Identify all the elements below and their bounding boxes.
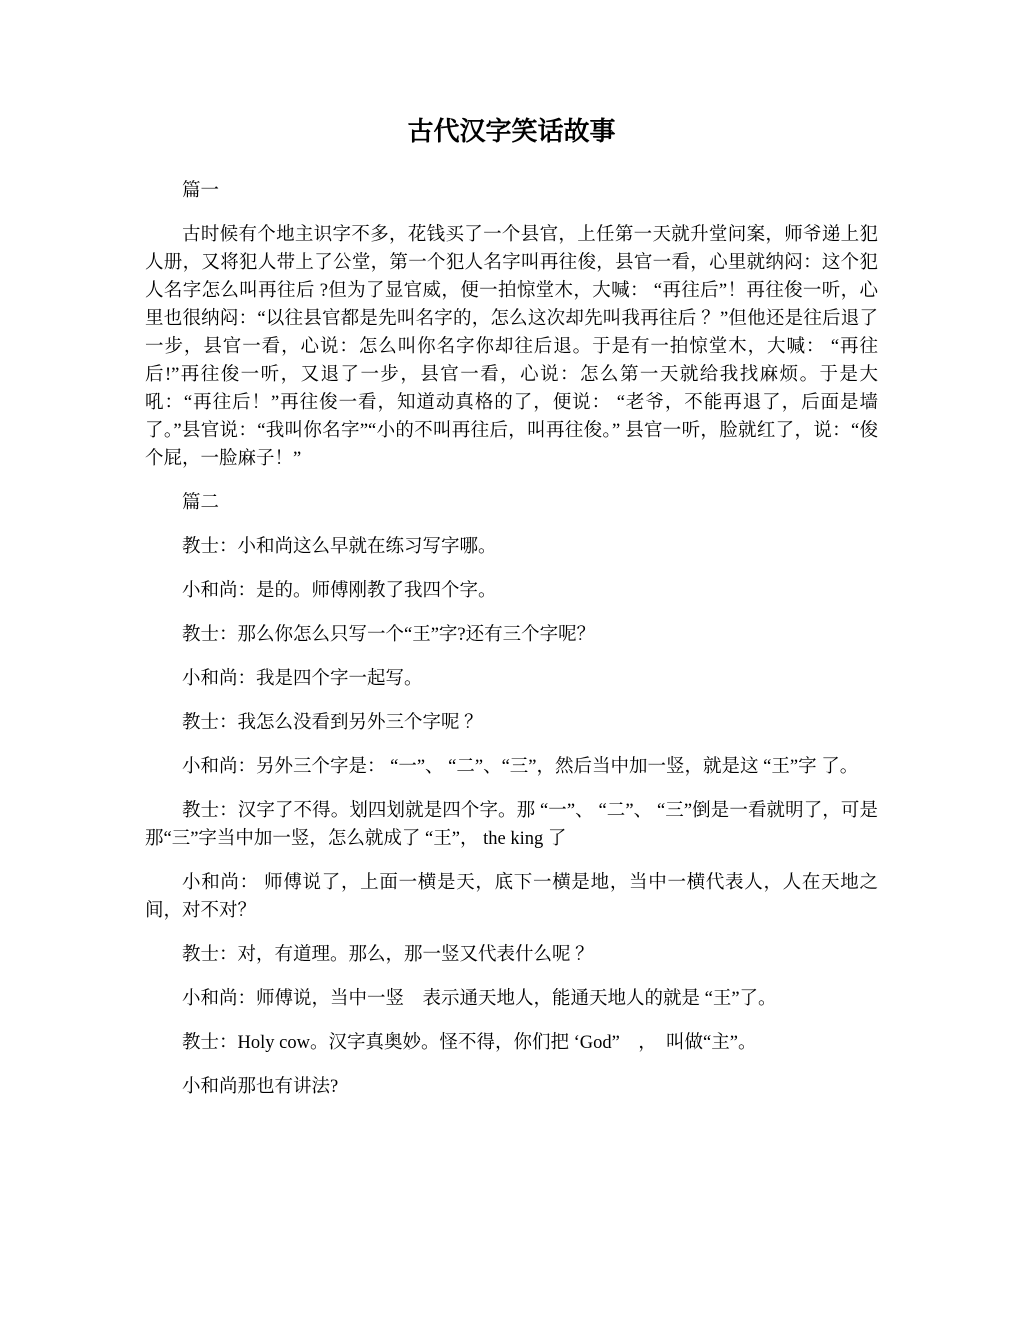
section-1-heading: 篇一 <box>145 177 878 205</box>
section-2-paragraph-5: 教士：我怎么没看到另外三个字呢 ？ <box>145 709 878 737</box>
section-2-paragraph-10: 小和尚：师傅说，当中一竖 表示通天地人，能通天地人的就是 “王”了。 <box>145 985 878 1013</box>
document-body: 古代汉字笑话故事 篇一 古时候有个地主识字不多，花钱买了一个县官，上任第一天就升… <box>0 0 1020 1101</box>
section-2-paragraph-4: 小和尚：我是四个字一起写。 <box>145 665 878 693</box>
section-2-paragraph-9: 教士：对，有道理。那么，那一竖又代表什么呢 ？ <box>145 941 878 969</box>
section-2-paragraph-12: 小和尚那也有讲法? <box>145 1073 878 1101</box>
section-2-paragraph-2: 小和尚：是的。师傅刚教了我四个字。 <box>145 577 878 605</box>
document-title: 古代汉字笑话故事 <box>145 115 878 149</box>
section-2-paragraph-3: 教士：那么你怎么只写一个“王”字?还有三个字呢？ <box>145 621 878 649</box>
section-2-paragraph-6: 小和尚：另外三个字是： “一”、 “二”、“三”，然后当中加一竖，就是这 “王”… <box>145 753 878 781</box>
section-2-heading: 篇二 <box>145 489 878 517</box>
section-2-paragraph-7: 教士：汉字了不得。划四划就是四个字。那 “一”、 “二”、 “三”倒是一看就明了… <box>145 797 878 853</box>
section-2-paragraph-11: 教士：Holy cow。汉字真奥妙。怪不得，你们把 ‘God” ， 叫做“主”。 <box>145 1029 878 1057</box>
section-1-paragraph-1: 古时候有个地主识字不多，花钱买了一个县官，上任第一天就升堂问案，师爷递上犯人册，… <box>145 221 878 473</box>
section-2-paragraph-8: 小和尚： 师傅说了，上面一横是天，底下一横是地，当中一横代表人，人在天地之间，对… <box>145 869 878 925</box>
section-2-paragraph-1: 教士：小和尚这么早就在练习写字哪。 <box>145 533 878 561</box>
document-page: 古代汉字笑话故事 篇一 古时候有个地主识字不多，花钱买了一个县官，上任第一天就升… <box>0 0 1020 1320</box>
